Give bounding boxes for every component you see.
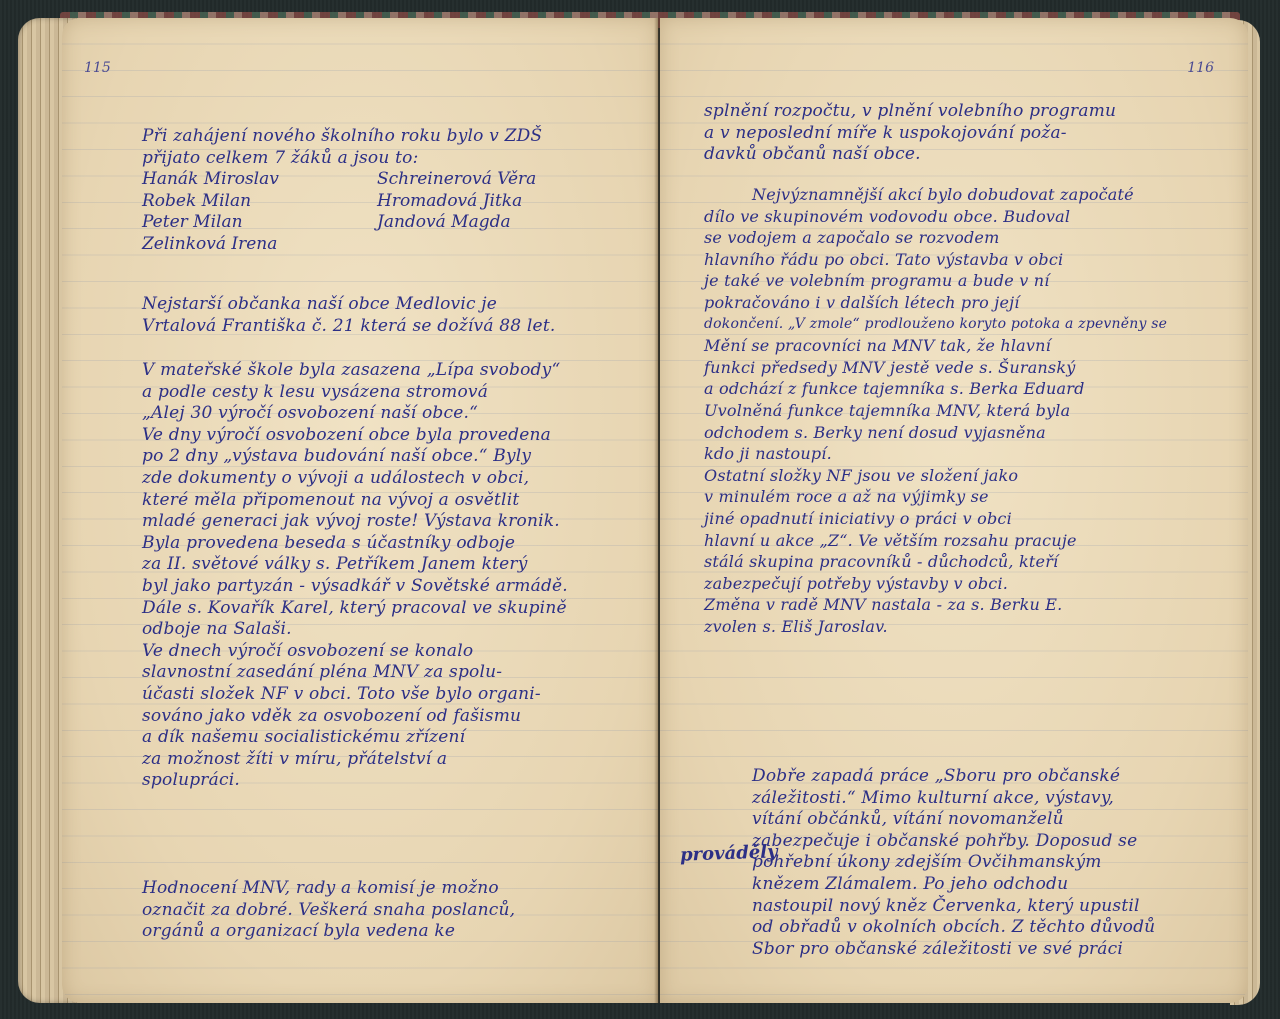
text-line: vítání občánků, vítání novomanželů	[704, 809, 1155, 831]
text-line: za II. světové války s. Petříkem Janem k…	[142, 554, 568, 576]
text-line: zvolen s. Eliš Jaroslav.	[704, 616, 1167, 638]
text-line: byl jako partyzán - výsadkář v Sovětské …	[142, 576, 568, 598]
pupil-name: Robek Milan	[142, 191, 377, 213]
text-line: Ostatní složky NF jsou ve složení jako	[704, 465, 1167, 487]
text-line: sováno jako vděk za osvobození od fašism…	[142, 706, 568, 728]
text-line: od obřadů v okolních obcích. Z těchto dů…	[704, 917, 1155, 939]
margin-annotation: prováděly	[680, 841, 778, 865]
text-line: zde dokumenty o vývoji a událostech v ob…	[142, 468, 568, 490]
text-line: Byla provedena beseda s účastníky odboje	[142, 533, 568, 555]
text-line: za možnost žíti v míru, přátelství a	[142, 749, 568, 771]
text-line: splnění rozpočtu, v plnění volebního pro…	[704, 101, 1116, 123]
oldest-citizen-paragraph: Nejstarší občanka naší obce Medlovic je …	[142, 294, 555, 337]
text-line: Nejstarší občanka naší obce Medlovic je	[142, 294, 555, 316]
school-paragraph: V mateřské škole byla zasazena „Lípa svo…	[142, 360, 568, 792]
text-line: orgánů a organizací byla vedena ke	[142, 921, 515, 943]
pupil-name: Peter Milan	[142, 212, 377, 234]
text-line: „Alej 30 výročí osvobození naší obce.“	[142, 403, 568, 425]
text-line: Dále s. Kovařík Karel, který pracoval ve…	[142, 598, 568, 620]
pupil-name: Schreinerová Věra	[377, 169, 592, 191]
text-line: Uvolněná funkce tajemníka MNV, která byl…	[704, 400, 1167, 422]
text-line: přijato celkem 7 žáků a jsou to:	[142, 148, 542, 170]
text-line: které měla připomenout na vývoj a osvětl…	[142, 490, 568, 512]
text-line: se vodojem a započalo se rozvodem	[704, 227, 1167, 249]
text-line: dílo ve skupinovém vodovodu obce. Budova…	[704, 206, 1167, 228]
text-line: mladé generaci jak vývoj roste! Výstava …	[142, 511, 568, 533]
pupil-name: Zelinková Irena	[142, 234, 377, 256]
text-line: dokončení. „V zmole“ prodlouženo koryto …	[704, 314, 1167, 336]
text-line: a podle cesty k lesu vysázena stromová	[142, 382, 568, 404]
text-line: pokračováno i v dalších létech pro její	[704, 292, 1167, 314]
text-line: Dobře zapadá práce „Sboru pro občanské	[704, 766, 1155, 788]
text-line: zabezpečují potřeby výstavby v obci.	[704, 573, 1167, 595]
text-line: a dík našemu socialistickému zřízení	[142, 727, 568, 749]
text-line: nastoupil nový kněz Červenka, který upus…	[704, 896, 1155, 918]
text-line: knězem Zlámalem. Po jeho odchodu	[704, 874, 1155, 896]
text-line: Hodnocení MNV, rady a komisí je možno	[142, 878, 515, 900]
pupil-name: Jandová Magda	[377, 212, 592, 234]
text-line: slavnostní zasedání pléna MNV za spolu-	[142, 662, 568, 684]
pupil-name: Hanák Miroslav	[142, 169, 377, 191]
text-line: odboje na Salaši.	[142, 619, 568, 641]
text-line: hlavního řádu po obci. Tato výstavba v o…	[704, 249, 1167, 271]
pupil-list: Hanák Miroslav Schreinerová Věra Robek M…	[142, 169, 592, 255]
text-line: záležitosti.“ Mimo kulturní akce, výstav…	[704, 788, 1155, 810]
text-line: hlavní u akce „Z“. Ve větším rozsahu pra…	[704, 530, 1167, 552]
text-line: Mění se pracovníci na MNV tak, že hlavní	[704, 335, 1167, 357]
text-line: Změna v radě MNV nastala - za s. Berku E…	[704, 594, 1167, 616]
text-line: je také ve volebním programu a bude v ní	[704, 270, 1167, 292]
mnv-evaluation-paragraph: Hodnocení MNV, rady a komisí je možno oz…	[142, 878, 515, 943]
text-line: po 2 dny „výstava budování naší obce.“ B…	[142, 446, 568, 468]
text-line: davků občanů naší obce.	[704, 144, 1116, 166]
pupil-name: Hromadová Jitka	[377, 191, 592, 213]
text-line: spolupráci.	[142, 770, 568, 792]
text-line: odchodem s. Berky není dosud vyjasněna	[704, 422, 1167, 444]
text-line: v minulém roce a až na výjimky se	[704, 486, 1167, 508]
text-line: Při zahájení nového školního roku bylo v…	[142, 126, 542, 148]
text-line: funkci předsedy MNV jestě vede s. Šurans…	[704, 357, 1167, 379]
waterworks-paragraph: Nejvýznamnější akcí bylo dobudovat započ…	[704, 184, 1167, 637]
text-line: Nejvýznamnější akcí bylo dobudovat započ…	[704, 184, 1167, 206]
text-line: kdo ji nastoupí.	[704, 443, 1167, 465]
intro-paragraph: Při zahájení nového školního roku bylo v…	[142, 126, 542, 169]
text-line: Sbor pro občanské záležitosti ve své prá…	[704, 939, 1155, 961]
continued-paragraph: splnění rozpočtu, v plnění volebního pro…	[704, 101, 1116, 166]
text-line: V mateřské škole byla zasazena „Lípa svo…	[142, 360, 568, 382]
civic-affairs-paragraph: Dobře zapadá práce „Sboru pro občanské z…	[704, 766, 1155, 960]
text-line: a v neposlední míře k uspokojování poža-	[704, 123, 1116, 145]
pupil-name	[377, 234, 592, 256]
text-line: jiné opadnutí iniciativy o práci v obci	[704, 508, 1167, 530]
text-line: účasti složek NF v obci. Toto vše bylo o…	[142, 684, 568, 706]
page-number: 116	[1187, 60, 1214, 76]
text-line: a odchází z funkce tajemníka s. Berka Ed…	[704, 378, 1167, 400]
text-line: Vrtalová Františka č. 21 která se dožívá…	[142, 316, 555, 338]
page-number: 115	[84, 60, 111, 76]
text-line: Ve dnech výročí osvobození se konalo	[142, 641, 568, 663]
text-line: označit za dobré. Veškerá snaha poslanců…	[142, 900, 515, 922]
text-line: stálá skupina pracovníků - důchodců, kte…	[704, 551, 1167, 573]
text-line: Ve dny výročí osvobození obce byla prove…	[142, 425, 568, 447]
left-page: 115 Při zahájení nového školního roku by…	[62, 18, 658, 1003]
